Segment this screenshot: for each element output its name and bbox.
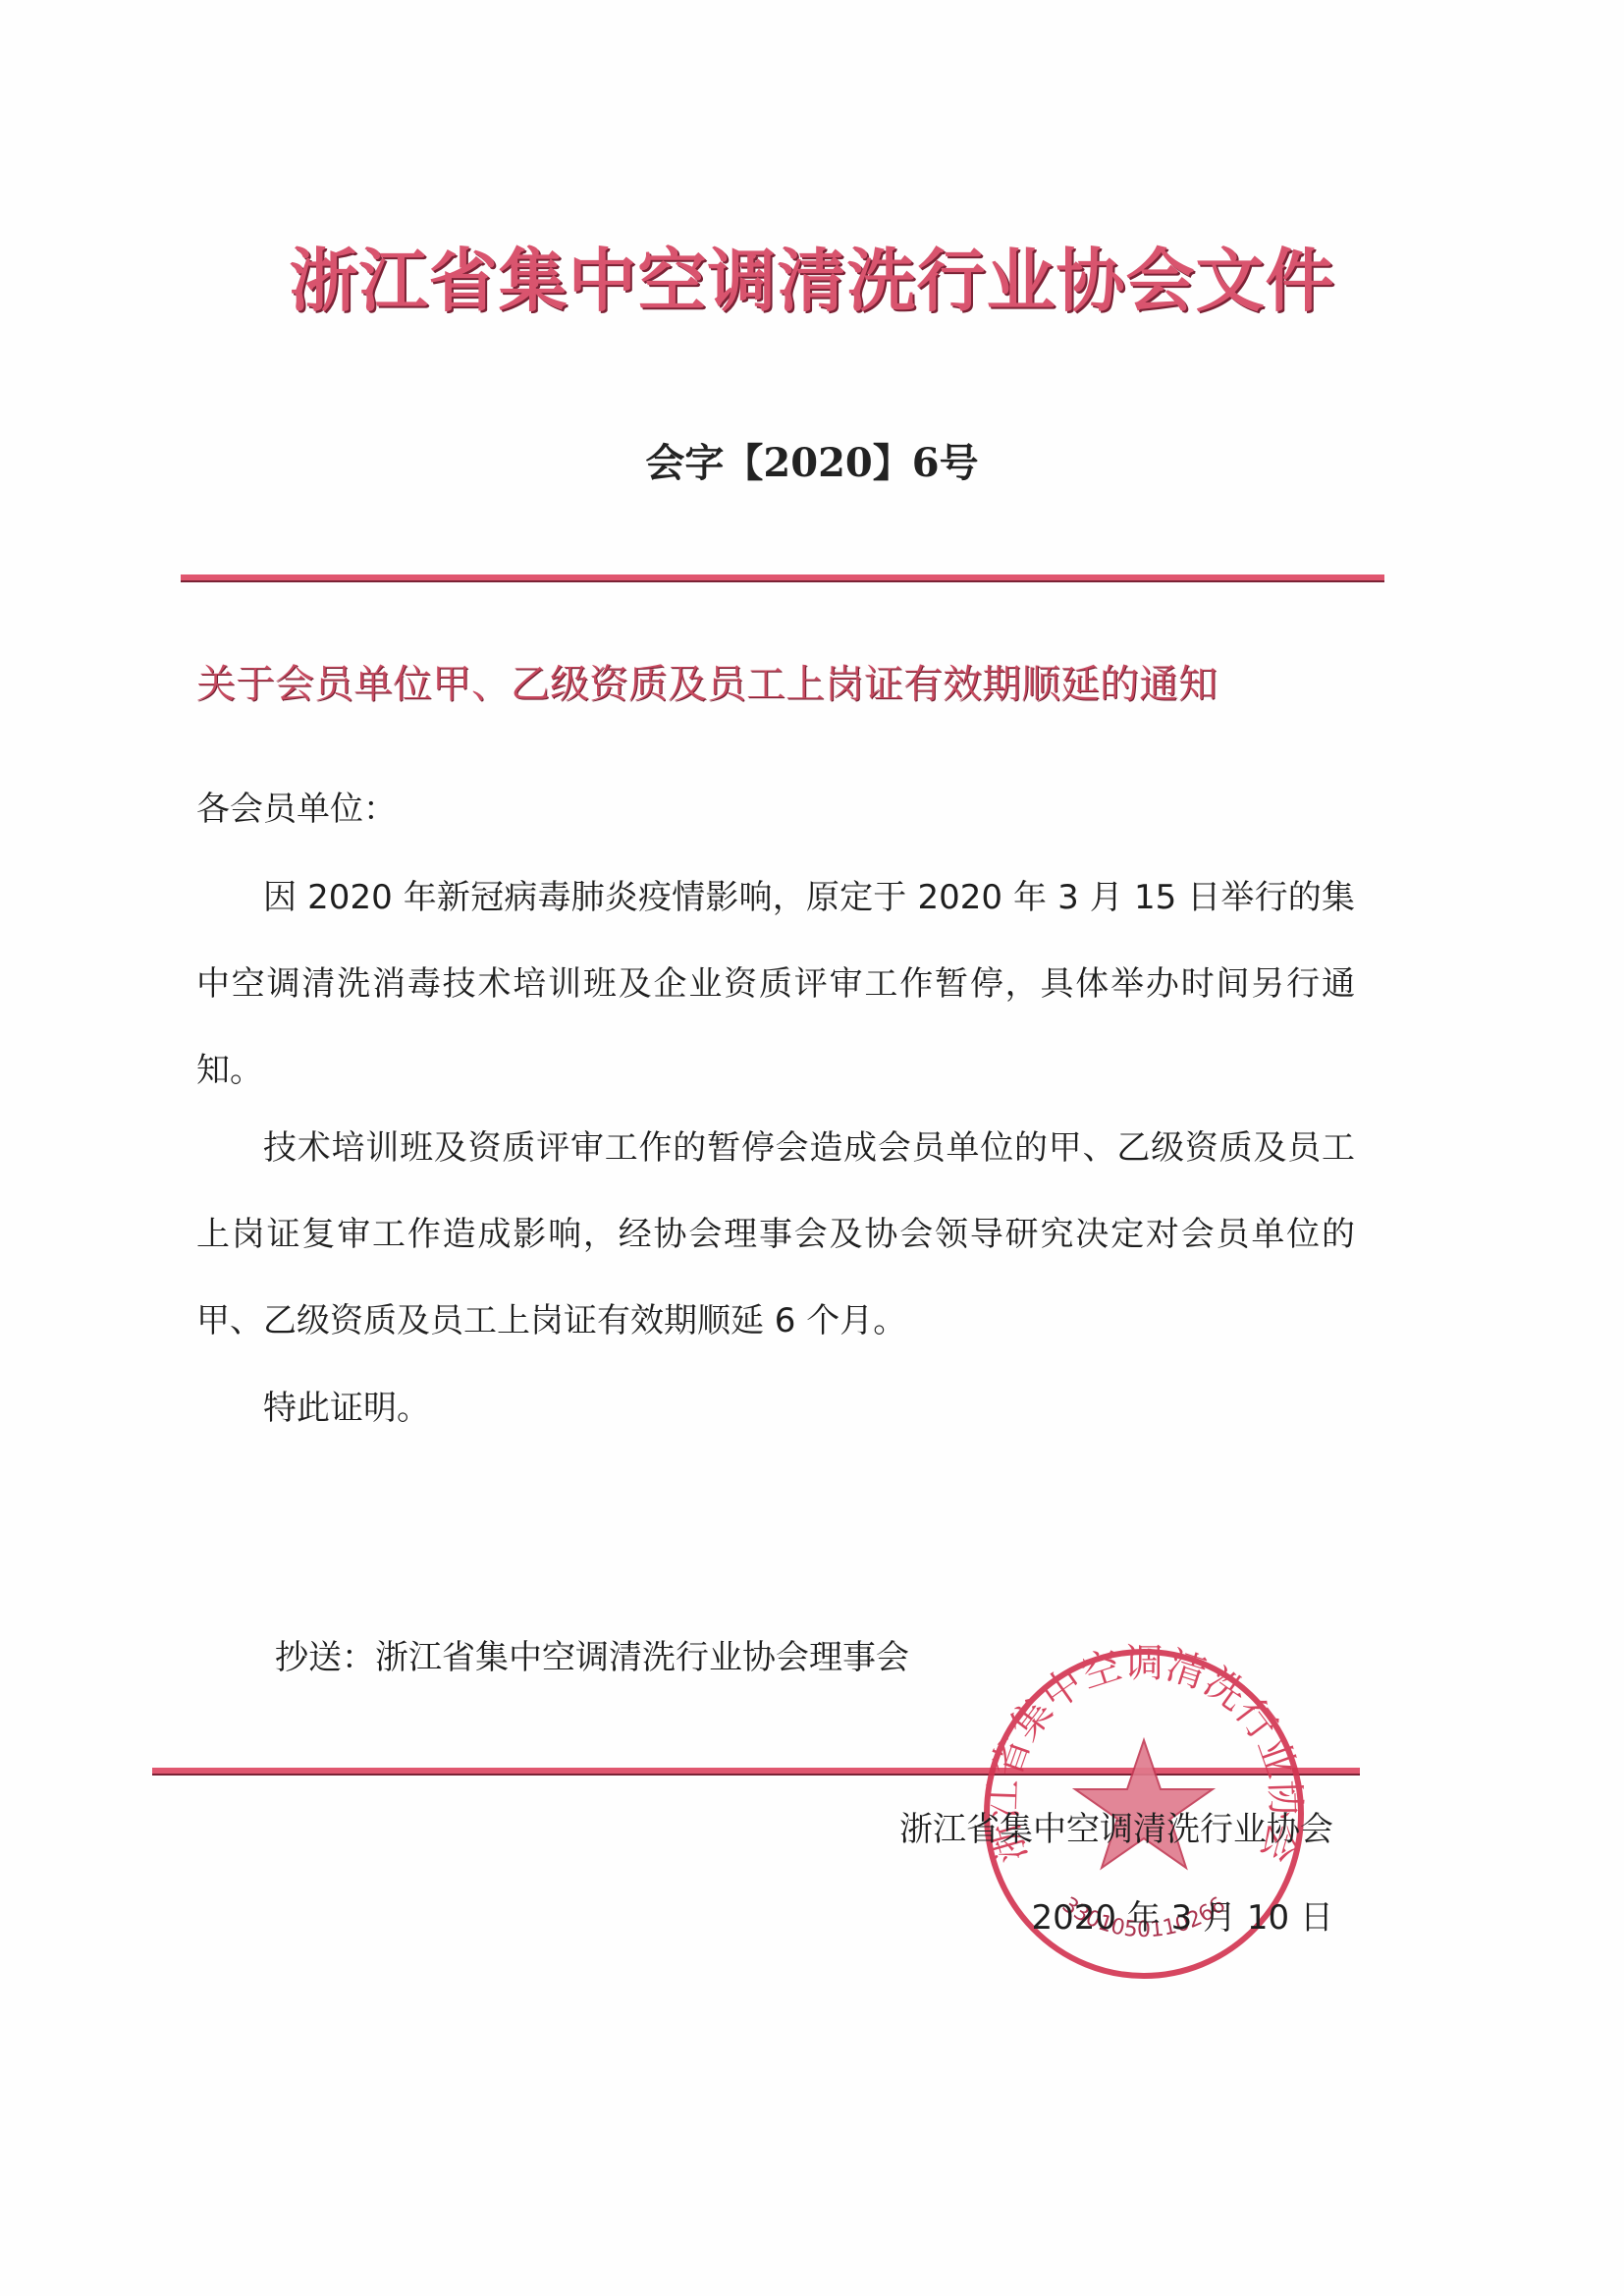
signer-organization: 浙江省集中空调清洗行业协会: [899, 1802, 1333, 1850]
notice-title: 关于会员单位甲、乙级资质及员工上岗证有效期顺延的通知: [196, 653, 1218, 709]
body-paragraph-2: 技术培训班及资质评审工作的暂停会造成会员单位的甲、乙级资质及员工上岗证复审工作造…: [196, 1105, 1355, 1364]
salutation: 各会员单位：: [196, 766, 1355, 852]
org-header-title: 浙江省集中空调清洗行业协会文件: [0, 226, 1624, 325]
header-divider: [181, 574, 1384, 582]
document-number: 会字【2020】6号: [0, 432, 1624, 488]
paragraph-text: 因 2020 年新冠病毒肺炎疫情影响，原定于 2020 年 3 月 15 日举行…: [196, 854, 1355, 1114]
paragraph-text: 技术培训班及资质评审工作的暂停会造成会员单位的甲、乙级资质及员工上岗证复审工作造…: [196, 1105, 1355, 1364]
body-paragraph-1: 因 2020 年新冠病毒肺炎疫情影响，原定于 2020 年 3 月 15 日举行…: [196, 854, 1355, 1114]
cc-line: 抄送：浙江省集中空调清洗行业协会理事会: [275, 1630, 909, 1678]
signing-date: 2020 年 3 月 10 日: [1032, 1890, 1333, 1939]
closing-text: 特此证明。: [196, 1365, 1355, 1451]
closing-line: 特此证明。: [196, 1365, 1355, 1451]
document-page: 浙江省集中空调清洗行业协会文件 会字【2020】6号 关于会员单位甲、乙级资质及…: [0, 0, 1624, 2296]
